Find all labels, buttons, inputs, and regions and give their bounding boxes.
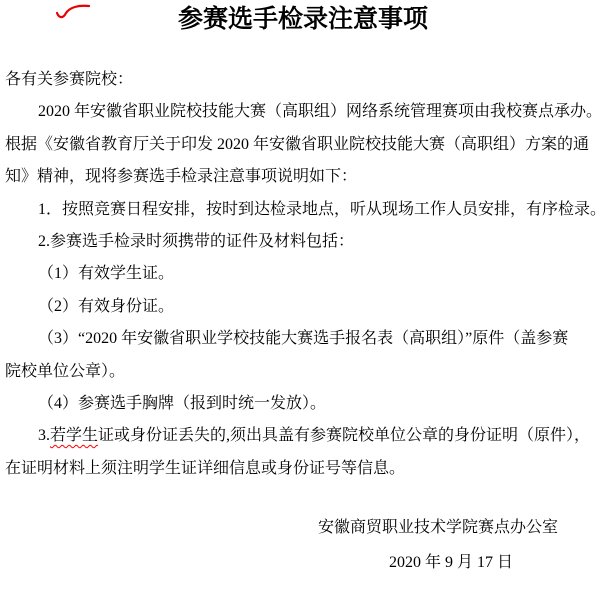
item-3-line-2: 在证明材料上须注明学生证详细信息或身份证号等信息。: [5, 459, 405, 479]
item-2-sub-4-line: （4）参赛选手胸牌（报到时统一发放）。: [38, 394, 326, 414]
basis-line-1: 根据《安徽省教育厅关于印发 2020 年安徽省职业院校技能大赛（高职组）方案的通: [5, 135, 589, 155]
document-page: 参赛选手检录注意事项 各有关参赛院校： 2020 年安徽省职业院校技能大赛（高职…: [0, 0, 606, 589]
date-line: 2020 年 9 月 17 日: [0, 553, 606, 573]
item-2-sub-1-line: （1）有效学生证。: [38, 264, 174, 284]
item-2-sub-3-line-2: 院校单位公章）。: [5, 362, 125, 382]
salutation-line: 各有关参赛院校：: [5, 70, 133, 90]
item-2-sub-2-line: （2）有效身份证。: [38, 297, 174, 317]
intro-line: 2020 年安徽省职业院校技能大赛（高职组）网络系统管理赛项由我校赛点承办。: [38, 102, 602, 122]
item-1-line: 1．按照竞赛日程安排，按时到达检录地点，听从现场工作人员安排，有序检录。: [38, 200, 606, 220]
spellcheck-underline-text: 若学生: [50, 427, 98, 444]
item-3-rest: 证或身份证丢失的,须出具盖有参赛院校单位公章的身份证明（原件），: [98, 427, 590, 444]
item-2-sub-3-line-1: （3）“2020 年安徽省职业学校技能大赛选手报名表（高职组）”原件（盖参赛: [38, 329, 568, 349]
item-3-prefix: 3.: [38, 427, 50, 444]
basis-line-2: 知》精神，现将参赛选手检录注意事项说明如下：: [5, 167, 357, 187]
item-3-line-1: 3.若学生证或身份证丢失的,须出具盖有参赛院校单位公章的身份证明（原件），: [38, 426, 590, 446]
item-2-line: 2.参赛选手检录时须携带的证件及材料包括：: [38, 232, 354, 252]
signature-line: 安徽商贸职业技术学院赛点办公室: [0, 518, 606, 538]
page-title: 参赛选手检录注意事项: [0, 4, 606, 36]
